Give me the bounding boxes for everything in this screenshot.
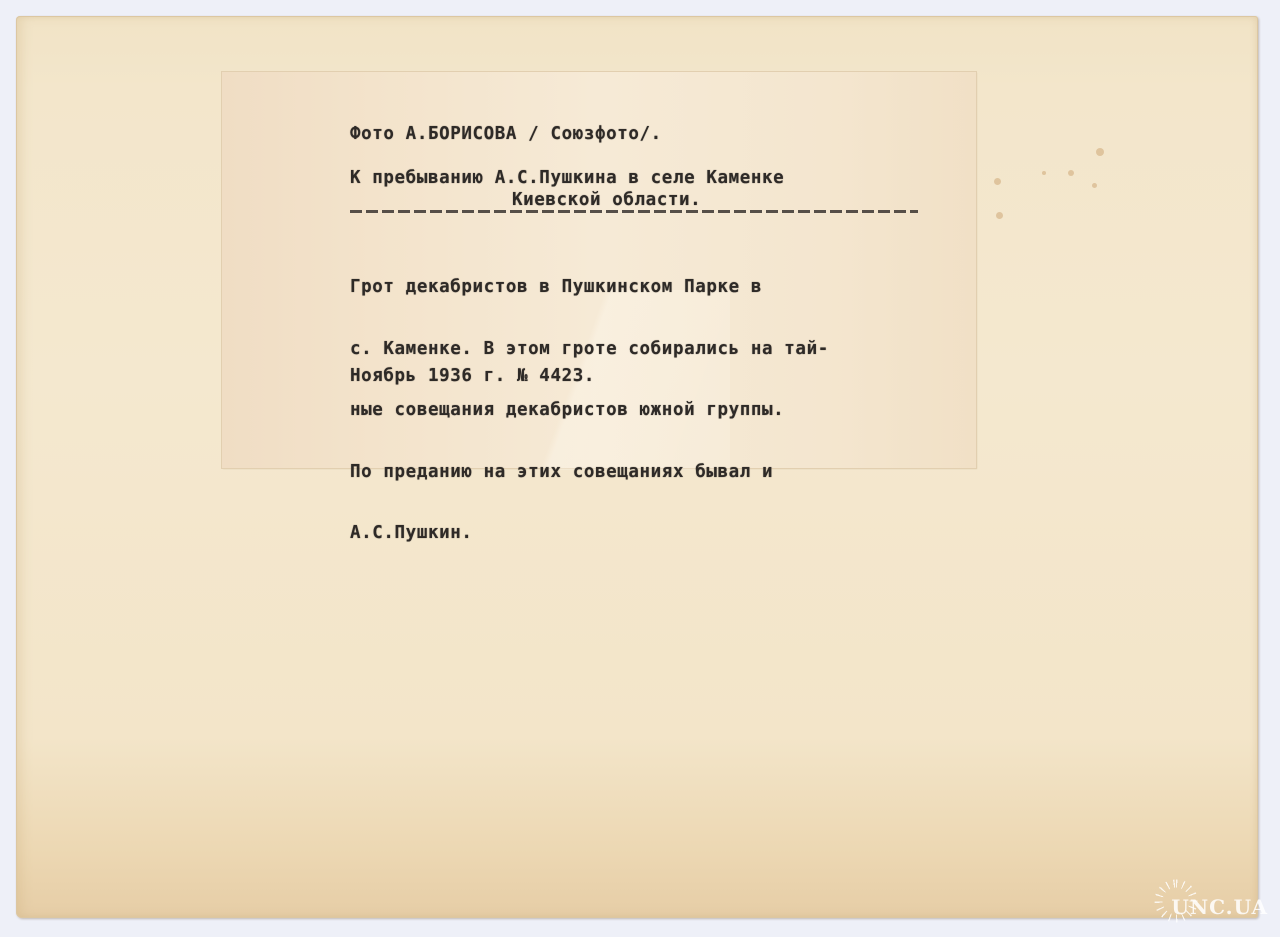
caption-body-line: А.С.Пушкин. bbox=[350, 523, 829, 544]
photographer-credit: Фото А.БОРИСОВА / Союзфото/. bbox=[350, 124, 662, 144]
foxing-stain bbox=[1042, 171, 1046, 175]
caption-body: Грот декабристов в Пушкинском Парке в с.… bbox=[350, 236, 829, 564]
caption-body-line: По преданию на этих совещаниях бывал и bbox=[350, 462, 829, 483]
typed-underline bbox=[350, 210, 918, 213]
foxing-stain bbox=[1096, 148, 1104, 156]
caption-title: К пребыванию А.С.Пушкина в селе Каменке bbox=[350, 168, 784, 188]
caption-body-line: с. Каменке. В этом гроте собирались на т… bbox=[350, 339, 829, 360]
foxing-stain bbox=[994, 178, 1001, 185]
caption-title-continued: Киевской области. bbox=[512, 190, 701, 210]
foxing-stain bbox=[1068, 170, 1074, 176]
foxing-stain bbox=[1092, 183, 1097, 188]
date-and-number: Ноябрь 1936 г. № 4423. bbox=[350, 366, 595, 386]
watermark: UNC.UA bbox=[1171, 895, 1268, 919]
caption-body-line: ные совещания декабристов южной группы. bbox=[350, 400, 829, 421]
foxing-stain bbox=[996, 212, 1003, 219]
caption-body-line: Грот декабристов в Пушкинском Парке в bbox=[350, 277, 829, 298]
